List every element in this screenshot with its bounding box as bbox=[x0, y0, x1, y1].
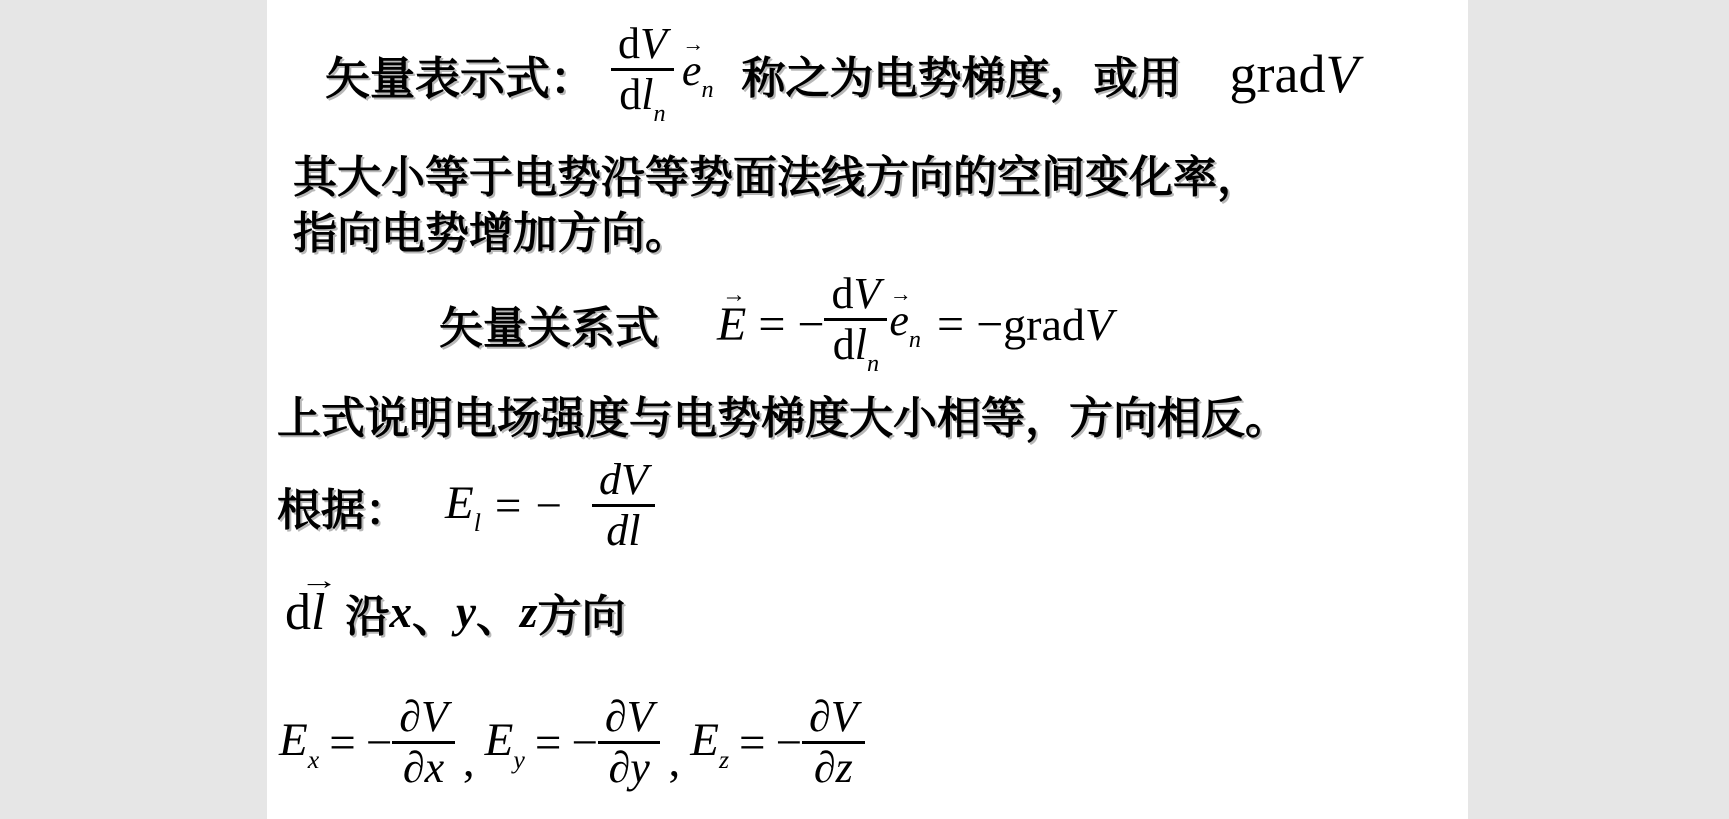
gradient-name-text: 称之为电势梯度，或用 bbox=[742, 42, 1182, 106]
variable-E: E bbox=[690, 714, 719, 766]
grad-v-notation: gradV bbox=[1003, 298, 1113, 351]
variable-E: E bbox=[279, 714, 308, 766]
e-l-component: El bbox=[445, 476, 481, 536]
direction-row: d →l 沿 x 、 y 、 z 方向 bbox=[285, 574, 625, 650]
partial-fraction-x: ∂V ∂x bbox=[392, 695, 455, 791]
grad-operator: grad bbox=[1230, 44, 1326, 104]
e-y-component: Ey bbox=[485, 713, 525, 773]
e-z-component: Ez bbox=[690, 713, 729, 773]
vector-relation-label: 矢量关系式 bbox=[439, 292, 659, 356]
along-text: 沿 bbox=[345, 580, 389, 644]
vector-arrow-icon: → bbox=[890, 283, 912, 305]
variable-x: x bbox=[389, 586, 412, 638]
fraction-numerator: ∂V bbox=[598, 695, 661, 744]
equals-sign: = bbox=[739, 716, 766, 770]
dv-dl-fraction: dV dl bbox=[592, 458, 655, 554]
equals-sign: = bbox=[937, 297, 964, 352]
fraction-numerator: dV bbox=[824, 272, 887, 321]
minus-sign: − bbox=[976, 297, 1003, 352]
subscript-n: n bbox=[867, 350, 879, 377]
slide-surface: 矢量表示式： dV dln →en 称之为电势梯度，或用 gradV 其大小等于… bbox=[267, 0, 1468, 819]
minus-sign: − bbox=[797, 297, 824, 352]
separator-comma: , bbox=[463, 734, 475, 788]
description-line-2: 指向电势增加方向。 bbox=[293, 206, 1261, 262]
screenshot-root: { "colors":{"background":"#e6e6e6","page… bbox=[0, 0, 1729, 819]
unit-vector-en: →en bbox=[682, 45, 714, 102]
minus-sign: − bbox=[535, 479, 562, 533]
fraction-numerator: ∂V bbox=[802, 695, 865, 744]
variable-y: y bbox=[456, 586, 476, 638]
fraction-numerator: ∂V bbox=[392, 695, 455, 744]
subscript-n: n bbox=[654, 100, 666, 127]
variable-l: l bbox=[855, 320, 867, 369]
description-line-1: 其大小等于电势沿等势面法线方向的空间变化率， bbox=[293, 150, 1261, 206]
direction-text: 方向 bbox=[537, 580, 625, 644]
variable-z: z bbox=[520, 586, 538, 638]
variable-v: V bbox=[640, 19, 667, 68]
statement-text: 上式说明电场强度与电势梯度大小相等，方向相反。 bbox=[277, 382, 1289, 446]
magnitude-description: 其大小等于电势沿等势面法线方向的空间变化率， 指向电势增加方向。 bbox=[293, 150, 1261, 262]
equals-sign: = bbox=[329, 716, 356, 770]
vector-arrow-icon: → bbox=[300, 568, 339, 594]
subscript-y: y bbox=[513, 745, 524, 774]
minus-sign: − bbox=[776, 716, 803, 770]
fraction-denominator: ∂x bbox=[403, 744, 444, 791]
variable-E: E bbox=[445, 477, 474, 529]
differential-d: d bbox=[831, 269, 853, 318]
vector-arrow-icon: → bbox=[682, 33, 704, 55]
variable-v: V bbox=[853, 269, 880, 318]
fraction-denominator: dl bbox=[606, 507, 640, 554]
subscript-n: n bbox=[909, 326, 921, 353]
enumeration-comma: 、 bbox=[412, 580, 456, 644]
statement-row: 上式说明电场强度与电势梯度大小相等，方向相反。 bbox=[277, 382, 1289, 446]
partial-fraction-y: ∂V ∂y bbox=[598, 695, 661, 791]
subscript-z: z bbox=[719, 745, 729, 774]
minus-sign: − bbox=[571, 716, 598, 770]
basis-row: 根据： El = − dV dl bbox=[277, 450, 655, 562]
vector-relation-row: 矢量关系式 →E = − dV dln →en = − gradV bbox=[439, 258, 1113, 390]
equals-sign: = bbox=[495, 479, 522, 533]
variable-v: V bbox=[1085, 299, 1113, 350]
equals-sign: = bbox=[758, 297, 785, 352]
variable-l: l bbox=[641, 70, 653, 119]
subscript-x: x bbox=[308, 745, 319, 774]
vector-expression-row: 矢量表示式： dV dln →en 称之为电势梯度，或用 gradV bbox=[325, 6, 1358, 142]
dl-vector: →l bbox=[311, 583, 325, 642]
differential-d: d bbox=[618, 19, 640, 68]
dv-dln-fraction: dV dln bbox=[824, 272, 887, 376]
fraction-denominator: dln bbox=[833, 321, 879, 376]
vector-arrow-icon: → bbox=[722, 283, 746, 307]
fraction-denominator: ∂z bbox=[814, 744, 853, 791]
enumeration-comma: 、 bbox=[476, 580, 520, 644]
e-x-component: Ex bbox=[279, 713, 319, 773]
fraction-denominator: ∂y bbox=[609, 744, 650, 791]
vector-expression-label: 矢量表示式： bbox=[325, 42, 595, 107]
components-row: Ex = − ∂V ∂x , Ey = − ∂V ∂y , Ez = − ∂V … bbox=[279, 684, 865, 802]
variable-E: E bbox=[485, 714, 514, 766]
grad-operator: grad bbox=[1003, 299, 1085, 350]
unit-vector-en: →en bbox=[889, 295, 921, 352]
grad-v-notation: gradV bbox=[1230, 43, 1359, 105]
separator-comma: , bbox=[668, 734, 680, 788]
differential-d: d bbox=[833, 320, 855, 369]
minus-sign: − bbox=[366, 716, 393, 770]
differential-d: d bbox=[619, 70, 641, 119]
partial-fraction-z: ∂V ∂z bbox=[802, 695, 865, 791]
fraction-numerator: dV bbox=[611, 22, 674, 71]
fraction-numerator: dV bbox=[592, 458, 655, 507]
e-field-vector: →E bbox=[717, 297, 746, 352]
dv-dln-fraction: dV dln bbox=[611, 22, 674, 126]
variable-v: V bbox=[1325, 44, 1358, 104]
basis-label: 根据： bbox=[277, 474, 409, 538]
subscript-l: l bbox=[474, 508, 481, 537]
equals-sign: = bbox=[535, 716, 562, 770]
subscript-n: n bbox=[701, 76, 713, 103]
fraction-denominator: dln bbox=[619, 71, 665, 126]
